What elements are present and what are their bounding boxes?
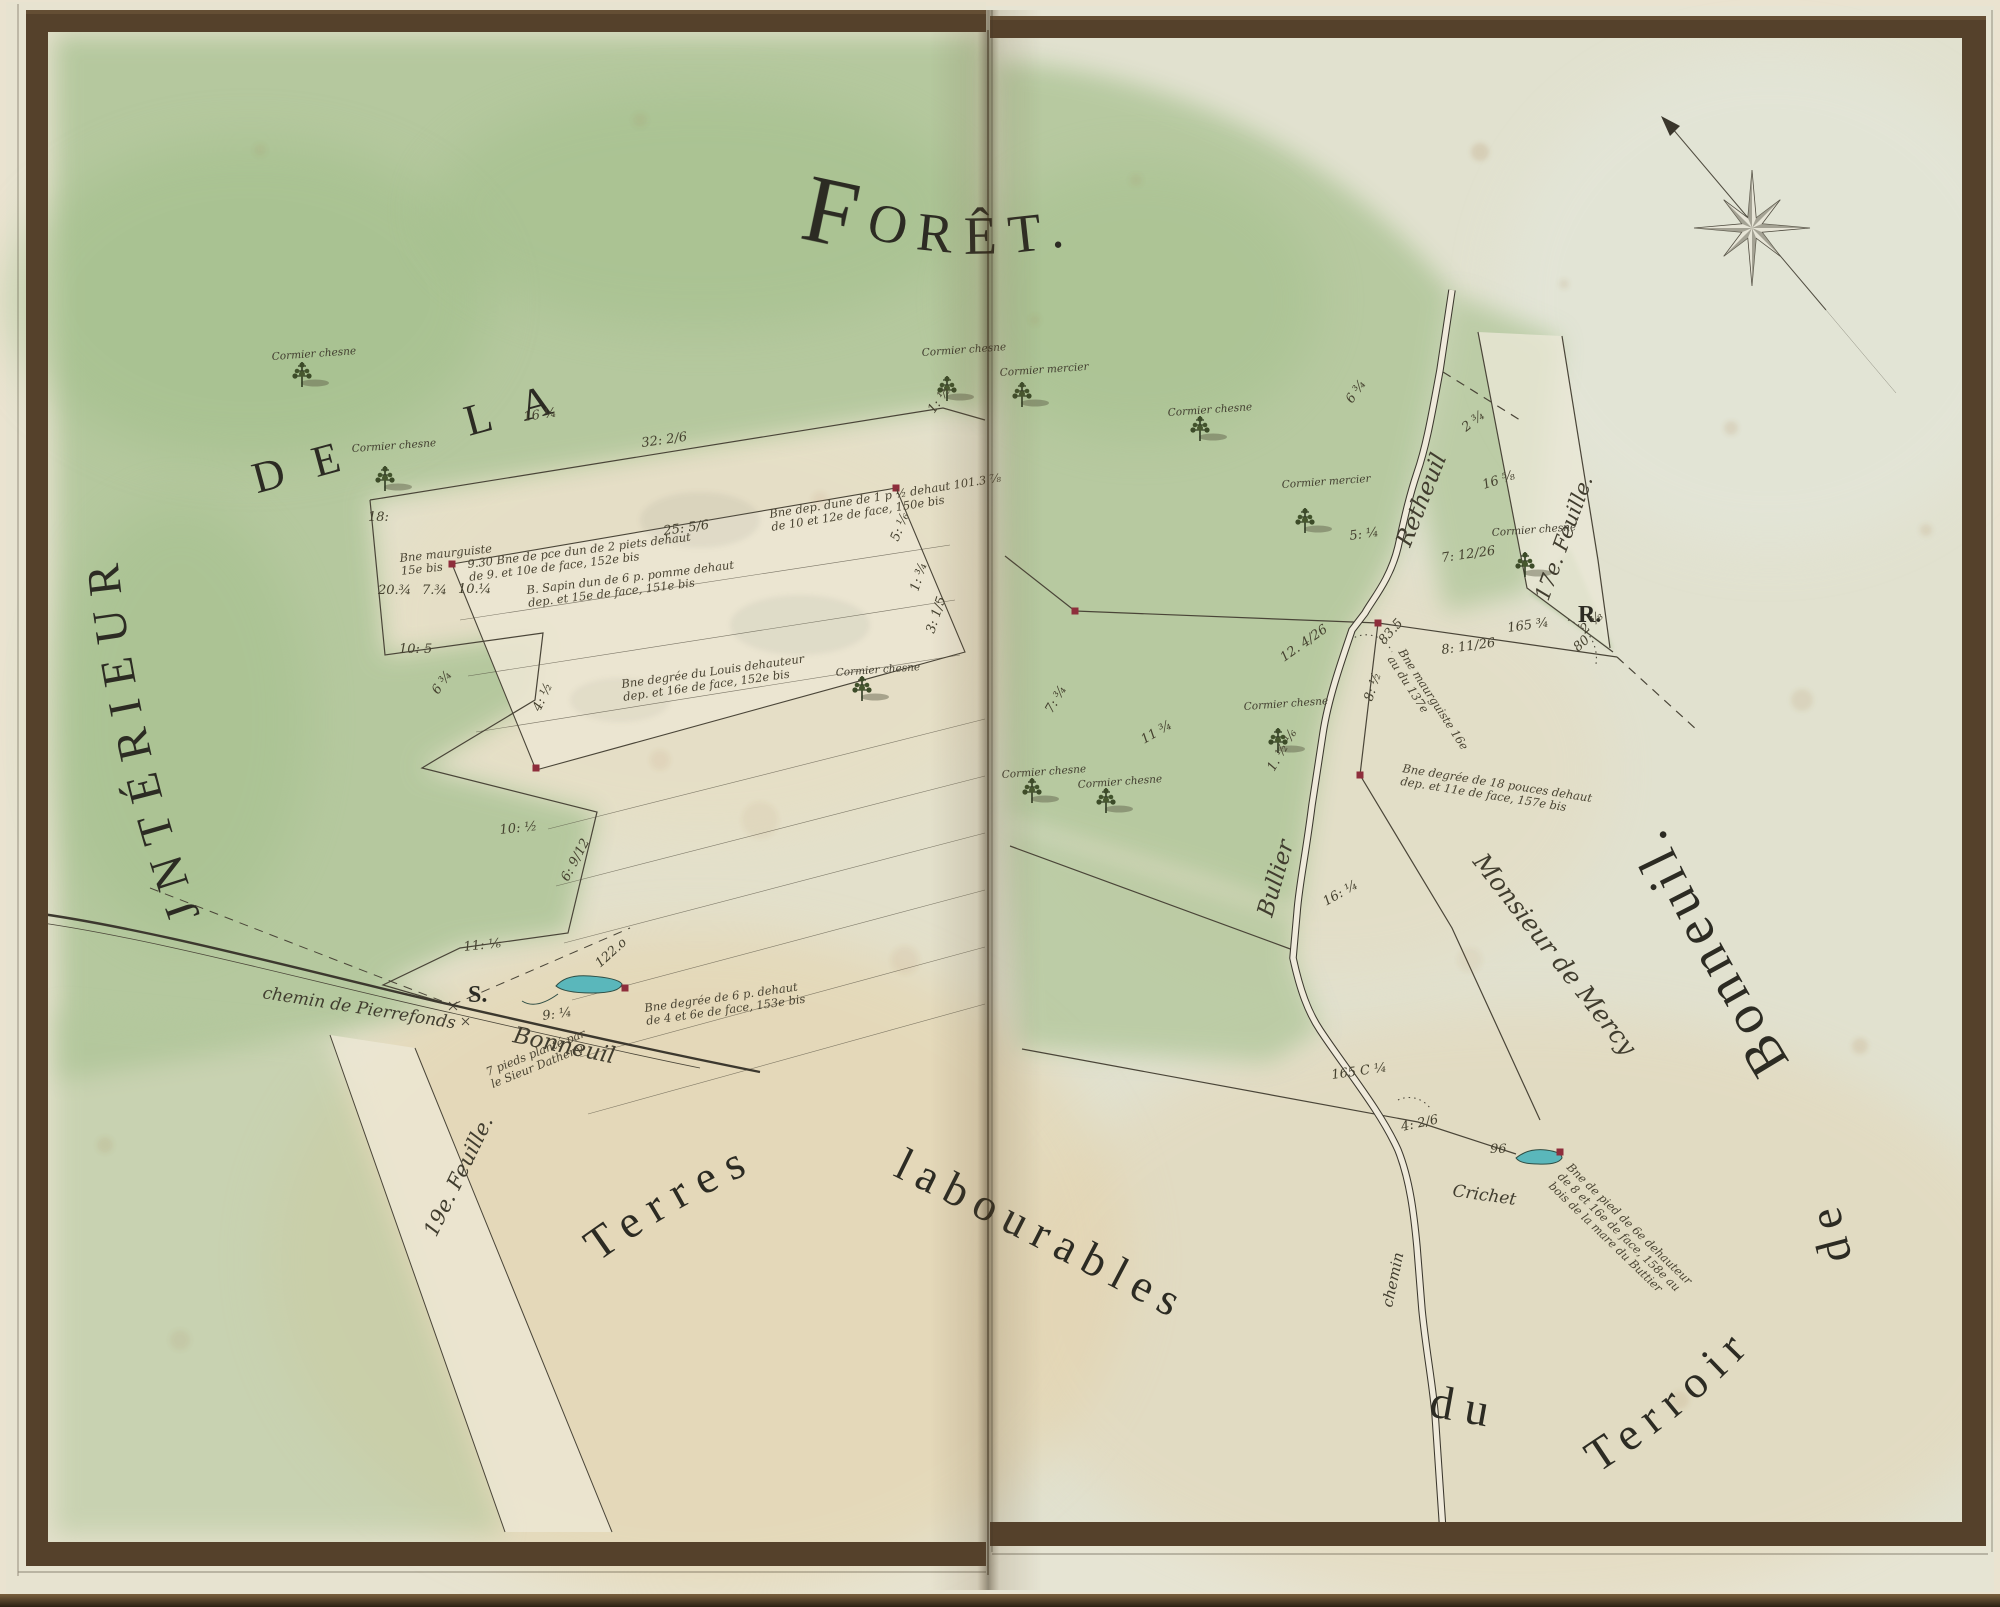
measurement-label: 20.¾	[377, 583, 411, 598]
measurement-label: 18:	[368, 510, 389, 525]
measurement-label: 10: 5	[399, 642, 432, 657]
measurement-label: 96	[1490, 1142, 1507, 1157]
desk-edge	[0, 1594, 2000, 1607]
point-label-s: S.	[468, 982, 487, 1008]
atlas-map-spread: DE LA F ORÊT. JNTÉRIEUR Terres labourabl…	[0, 0, 2000, 1607]
measurement-label: 7.¾	[422, 583, 447, 598]
page-gutter	[930, 10, 1042, 1590]
measurement-label: 10.¼	[458, 582, 491, 597]
